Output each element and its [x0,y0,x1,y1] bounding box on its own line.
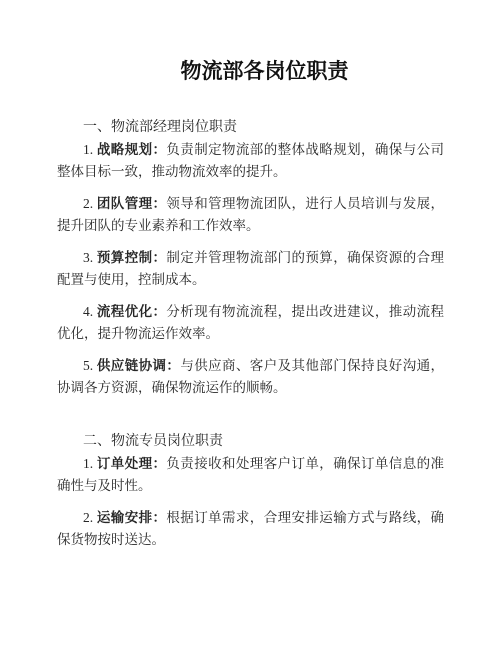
duty-item: 1. 订单处理：负责接收和处理客户订单，确保订单信息的准确性与及时性。 [57,453,444,497]
section-manager-duties: 一、物流部经理岗位职责 1. 战略规划：负责制定物流部的整体战略规划，确保与公司… [57,117,444,399]
section-heading-specialist: 二、物流专员岗位职责 [57,431,444,453]
duty-item: 4. 流程优化：分析现有物流流程，提出改进建议，推动流程优化，提升物流运作效率。 [57,301,444,345]
item-number: 4. [83,304,93,319]
duty-item: 2. 团队管理：领导和管理物流团队，进行人员培训与发展，提升团队的专业素养和工作… [57,193,444,237]
item-label: 供应链协调： [97,358,180,373]
document-page: 物流部各岗位职责 一、物流部经理岗位职责 1. 战略规划：负责制定物流部的整体战… [0,0,500,647]
section-heading-manager: 一、物流部经理岗位职责 [57,117,444,139]
item-number: 2. [83,510,93,525]
item-number: 1. [83,142,93,157]
item-label: 运输安排： [97,510,167,525]
duty-item: 1. 战略规划：负责制定物流部的整体战略规划，确保与公司整体目标一致，推动物流效… [57,139,444,183]
item-label: 订单处理： [97,456,167,471]
section-specialist-duties: 二、物流专员岗位职责 1. 订单处理：负责接收和处理客户订单，确保订单信息的准确… [57,431,444,551]
duty-item: 2. 运输安排：根据订单需求，合理安排运输方式与路线，确保货物按时送达。 [57,507,444,551]
item-number: 3. [83,250,93,265]
item-number: 2. [83,196,93,211]
item-label: 流程优化： [97,304,167,319]
item-number: 5. [83,358,93,373]
item-label: 团队管理： [97,196,167,211]
item-label: 预算控制： [97,250,167,265]
item-number: 1. [83,456,93,471]
duty-item: 5. 供应链协调：与供应商、客户及其他部门保持良好沟通，协调各方资源，确保物流运… [57,355,444,399]
duty-item: 3. 预算控制：制定并管理物流部门的预算，确保资源的合理配置与使用，控制成本。 [57,247,444,291]
item-label: 战略规划： [97,142,167,157]
document-title: 物流部各岗位职责 [57,59,444,85]
